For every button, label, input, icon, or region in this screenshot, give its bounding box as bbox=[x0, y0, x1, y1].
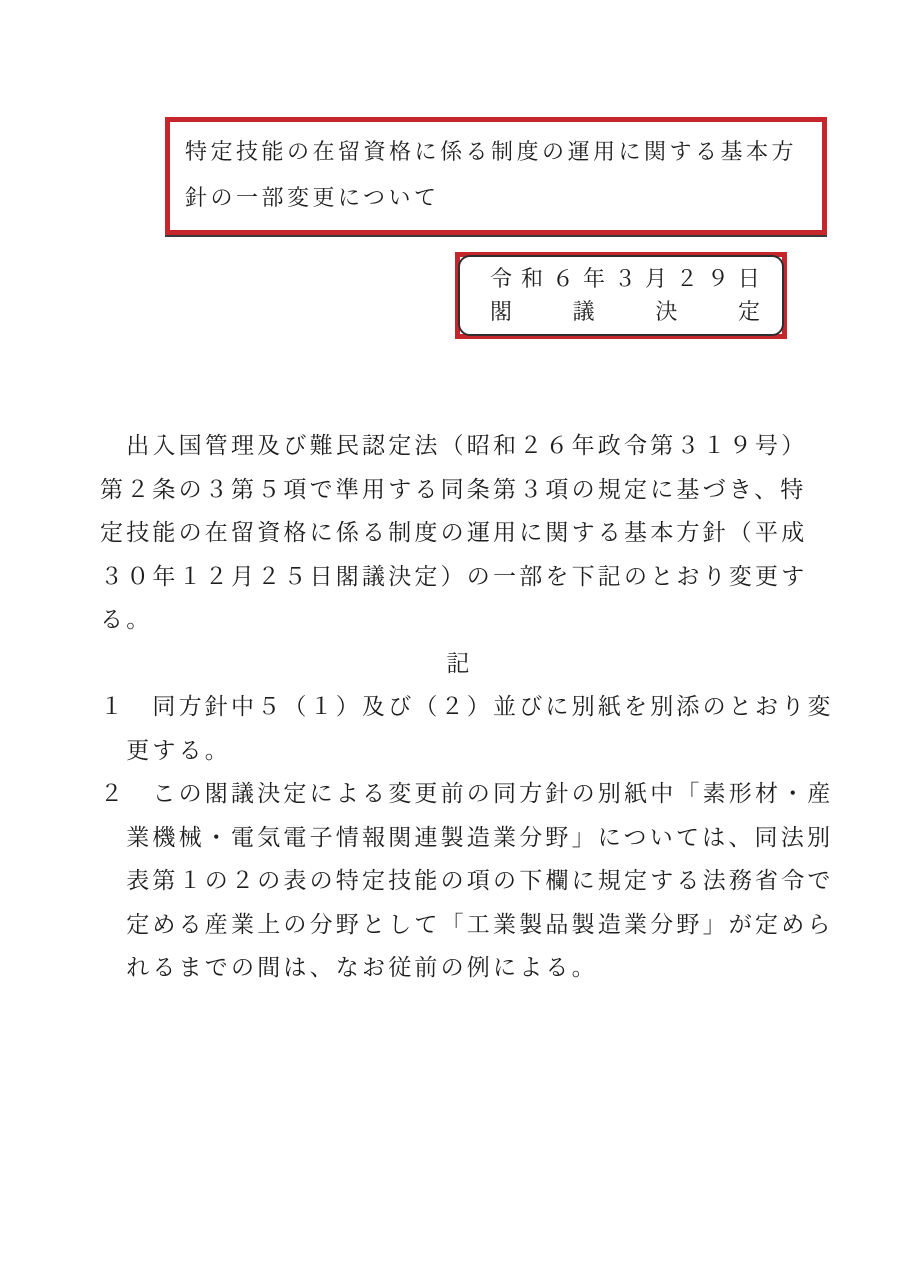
document-body: 出入国管理及び難民認定法（昭和２６年政令第３１９号） 第２条の３第５項で準用する… bbox=[100, 424, 816, 990]
list-item-line: 表第１の２の表の特定技能の項の下欄に規定する法務省令で bbox=[100, 859, 816, 903]
list-item-line: 更する。 bbox=[100, 729, 816, 773]
body-line: 第２条の３第５項で準用する同条第３項の規定に基づき、特 bbox=[100, 468, 816, 512]
list-item-line: 業機械・電気電子情報関連製造業分野」については、同法別 bbox=[100, 816, 816, 860]
ki-heading: 記 bbox=[100, 642, 816, 686]
body-line: る。 bbox=[100, 598, 816, 642]
title-annotation-box: 特定技能の在留資格に係る制度の運用に関する基本方 針の一部変更について bbox=[165, 117, 827, 235]
list-item-line: 定める産業上の分野として「工業製品製造業分野」が定めら bbox=[100, 903, 816, 947]
date-annotation-box: 令和６年３月２９日 閣議決定 bbox=[455, 252, 787, 339]
list-item-line: ２ この閣議決定による変更前の同方針の別紙中「素形材・産 bbox=[100, 772, 816, 816]
list-item-line: １ 同方針中５（１）及び（２）並びに別紙を別添のとおり変 bbox=[100, 685, 816, 729]
body-line: 定技能の在留資格に係る制度の運用に関する基本方針（平成 bbox=[100, 511, 816, 555]
list-item-line: れるまでの間は、なお従前の例による。 bbox=[100, 946, 816, 990]
decision-label: 閣議決定 bbox=[490, 296, 760, 328]
document-title-line: 特定技能の在留資格に係る制度の運用に関する基本方 bbox=[185, 129, 810, 175]
body-line: ３０年１２月２５日閣議決定）の一部を下記のとおり変更す bbox=[100, 555, 816, 599]
body-line: 出入国管理及び難民認定法（昭和２６年政令第３１９号） bbox=[100, 424, 816, 468]
document-title-line: 針の一部変更について bbox=[185, 175, 810, 221]
date-box-content: 令和６年３月２９日 閣議決定 bbox=[460, 257, 782, 334]
document-page: 特定技能の在留資格に係る制度の運用に関する基本方 針の一部変更について 令和６年… bbox=[0, 0, 906, 1280]
decision-date: 令和６年３月２９日 bbox=[490, 263, 760, 295]
